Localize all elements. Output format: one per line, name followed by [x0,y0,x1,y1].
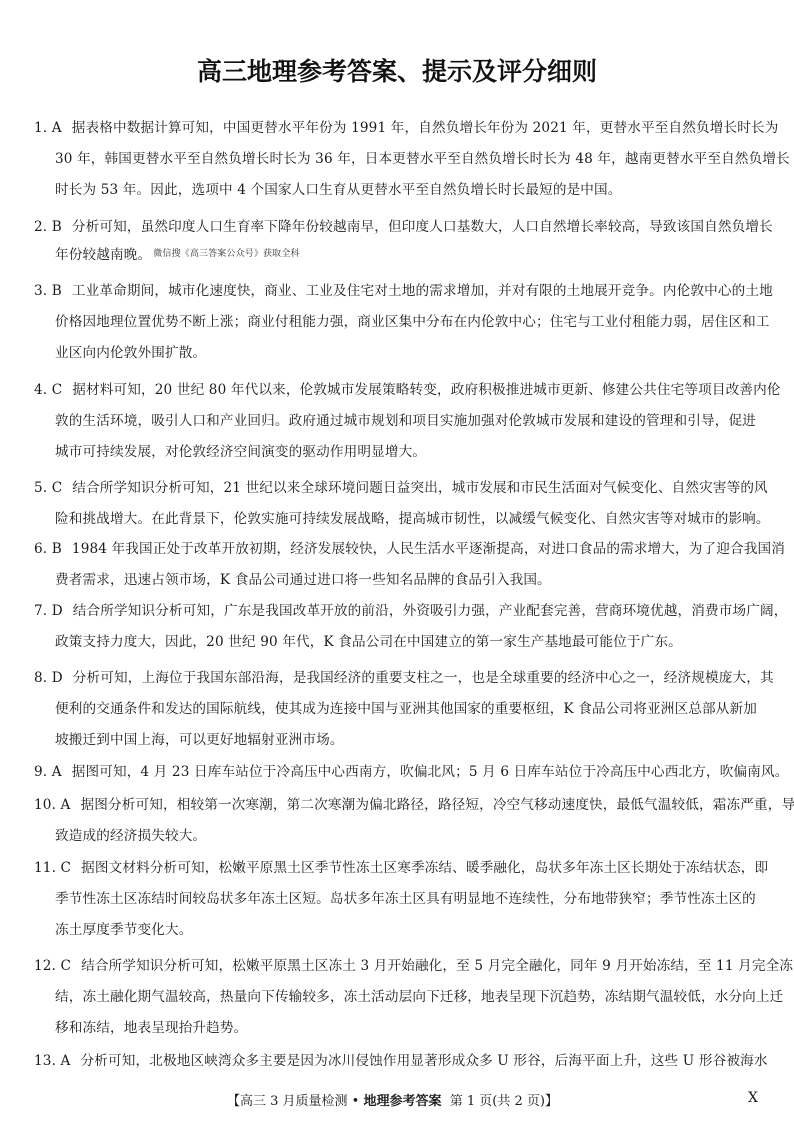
answer-number: 3. B [34,282,62,300]
answer-number: 8. D [34,669,63,687]
answer-text: 据图文材料分析可知，松嫩平原黑土区季节性冻土区寒季冻结、暖季融化，岛状多年冻土区… [81,860,768,876]
answer-number: 12. C [34,957,71,975]
answer-number: 4. C [34,381,62,399]
footer-bracket: 】 [545,1094,558,1109]
answer-text: 分析可知，上海位于我国东部沿海，是我国经济的重要支柱之一，也是全球重要的经济中心… [73,670,774,686]
answer-line: 时长为 53 年。因此，选项中 4 个国家人口生育从更替水平至自然负增长时长最短… [55,181,622,199]
answer-line: 政策支持力度大，因此，20 世纪 90 年代，K 食品公司在中国建立的第一家生产… [55,633,682,651]
answer-line: 坡搬迁到中国上海，可以更好地辐射亚洲市场。 [55,731,344,749]
answer-text: 结合所学知识分析可知，松嫩平原黑土区冻土 3 月开始融化，至 5 月完全融化，同… [81,958,793,974]
answer-line: 业区向内伦敦外围扩散。 [55,344,206,362]
answer-line: 险和挑战增大。在此背景下，伦敦实施可持续发展战略，提高城市韧性，以减缓气候变化、… [55,510,770,528]
answer-number: 2. B [34,218,62,236]
page-title: 高三地理参考答案、提示及评分细则 [0,52,794,88]
answer-text: 据表格中数据计算可知，中国更替水平年份为 1991 年，自然负增长年份为 202… [72,120,779,136]
answer-text: 分析可知，北极地区峡湾众多主要是因为冰川侵蚀作用显著形成众多 U 形谷，后海平面… [81,1053,768,1069]
footer-subject: 地理参考答案 [363,1094,441,1109]
answer-line: 便利的交通条件和发达的国际航线，使其成为连接中国与亚洲其他国家的重要枢纽，K 食… [55,700,757,718]
answer-line: 3. B工业革命期间，城市化速度快，商业、工业及住宅对土地的需求增加，并对有限的… [34,282,773,300]
answer-number: 7. D [34,602,63,620]
footer-label: 【高三 3 月质量检测 • 地理参考答案 第 1 页(共 2 页)】 [227,1090,558,1109]
footer-exam-name: 高三 3 月质量检测 • [240,1094,363,1109]
watermark-note: 微信搜《高三答案公众号》获取全科 [153,249,299,259]
answer-number: 6. B [34,540,62,558]
answer-text: 据图分析可知，相较第一次寒潮，第二次寒潮为偏北路径，路径短，冷空气移动速度快，最… [81,797,794,813]
answer-line: 9. A据图可知，4 月 23 日库车站位于冷高压中心西南方，吹偏北风；5 月 … [34,763,789,781]
answer-text: 据材料可知，20 世纪 80 年代以来，伦敦城市发展策略转变，政府积极推进城市更… [72,382,780,398]
answer-line: 6. B1984 年我国正处于改革开放初期，经济发展较快，人民生活水平逐渐提高，… [34,540,785,558]
answer-number: 1. A [34,119,62,137]
answer-text: 分析可知，虽然印度人口生育率下降年份较越南早，但印度人口基数大，人口自然增长率较… [72,219,773,235]
answer-text: 工业革命期间，城市化速度快，商业、工业及住宅对土地的需求增加，并对有限的土地展开… [72,283,773,299]
answer-line: 季节性冻土区冻结时间较岛状多年冻土区短。岛状多年冻土区具有明显地不连续性，分布地… [55,890,756,908]
answer-line: 价格因地理位置优势不断上涨；商业付租能力强，商业区集中分布在内伦敦中心；住宅与工… [55,313,770,331]
answer-number: 9. A [34,763,62,781]
answer-line: 费者需求，迅速占领市场，K 食品公司通过进口将一些知名品牌的食品引入我国。 [55,571,551,589]
answer-text: 年份较越南晚。 [55,247,151,263]
answer-line: 冻土厚度季节变化大。 [55,921,192,939]
answer-line: 8. D分析可知，上海位于我国东部沿海，是我国经济的重要支柱之一，也是全球重要的… [34,669,774,687]
answer-line: 敦的生活环境，吸引人口和产业回归。政府通过城市规划和项目实施加强对伦敦城市发展和… [55,412,756,430]
answer-line: 11. C据图文材料分析可知，松嫩平原黑土区季节性冻土区寒季冻结、暖季融化，岛状… [34,859,768,877]
answer-line: 年份较越南晚。微信搜《高三答案公众号》获取全科 [55,246,300,266]
answer-line: 10. A据图分析可知，相较第一次寒潮，第二次寒潮为偏北路径，路径短，冷空气移动… [34,796,794,814]
footer-bracket: 【 [227,1094,240,1109]
answer-text: 结合所学知识分析可知，广东是我国改革开放的前沿，外资吸引力强，产业配套完善，营商… [73,603,788,619]
page-footer: 【高三 3 月质量检测 • 地理参考答案 第 1 页(共 2 页)】 X [0,1090,794,1110]
answer-line: 7. D结合所学知识分析可知，广东是我国改革开放的前沿，外资吸引力强，产业配套完… [34,602,787,620]
answer-text: 结合所学知识分析可知，21 世纪以来全球环境问题日益突出，城市发展和市民生活面对… [72,480,768,496]
answer-line: 12. C结合所学知识分析可知，松嫩平原黑土区冻土 3 月开始融化，至 5 月完… [34,957,793,975]
answer-number: 10. A [34,796,71,814]
answer-number: 13. A [34,1052,71,1070]
answer-line: 13. A分析可知，北极地区峡湾众多主要是因为冰川侵蚀作用显著形成众多 U 形谷… [34,1052,768,1070]
answer-line: 30 年，韩国更替水平至自然负增长时长为 36 年，日本更替水平至自然负增长时长… [55,150,790,168]
answer-line: 1. A据表格中数据计算可知，中国更替水平年份为 1991 年，自然负增长年份为… [34,119,778,137]
answer-line: 结，冻土融化期气温较高，热量向下传输较多，冻土活动层向下迁移，地表呈现下沉趋势，… [55,988,783,1006]
answer-line: 城市可持续发展，对伦敦经济空间演变的驱动作用明显增大。 [55,443,426,461]
answer-number: 5. C [34,479,62,497]
answer-text: 据图可知，4 月 23 日库车站位于冷高压中心西南方，吹偏北风；5 月 6 日库… [72,764,789,780]
answer-line: 5. C结合所学知识分析可知，21 世纪以来全球环境问题日益突出，城市发展和市民… [34,479,768,497]
answer-line: 4. C据材料可知，20 世纪 80 年代以来，伦敦城市发展策略转变，政府积极推… [34,381,781,399]
footer-mark: X [748,1090,758,1106]
answer-line: 2. B分析可知，虽然印度人口生育率下降年份较越南早，但印度人口基数大，人口自然… [34,218,773,236]
answer-line: 致造成的经济损失较大。 [55,827,206,845]
footer-page-number: 第 1 页(共 2 页) [442,1094,545,1109]
answer-line: 移和冻结，地表呈现抬升趋势。 [55,1019,247,1037]
answer-number: 11. C [34,859,71,877]
answer-text: 1984 年我国正处于改革开放初期，经济发展较快，人民生活水平逐渐提高，对进口食… [72,541,785,557]
